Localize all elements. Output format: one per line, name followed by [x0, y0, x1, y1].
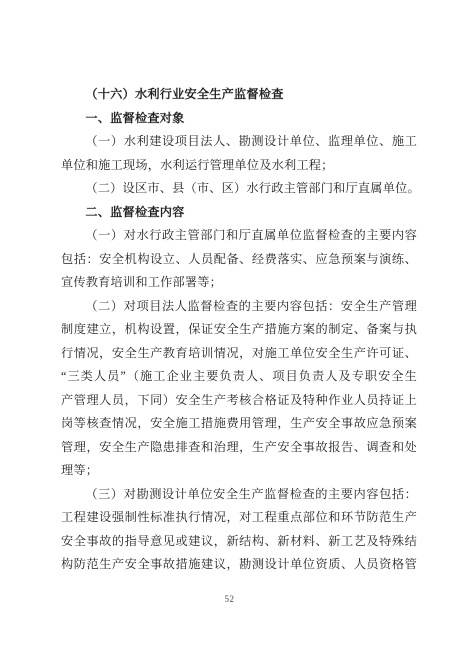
paragraph-line: 构防范生产安全事故措施建议，勘测设计单位资质、人员资格管 — [61, 553, 417, 577]
paragraph-line: 包括：安全机构设立、人员配备、经费落实、应急预案与演练、 — [61, 248, 417, 272]
paragraph-line: 安全事故的指导意见或建议，新结构、新材料、新工艺及特殊结 — [61, 530, 417, 554]
paragraph-line: 单位和施工现场，水利运行管理单位及水利工程； — [61, 154, 417, 178]
paragraph-line: 制度建立，机构设置，保证安全生产措施方案的制定、备案与执 — [61, 318, 417, 342]
page-footer: 52 — [0, 589, 459, 607]
paragraph-line: 宣传教育培训和工作部署等； — [61, 271, 417, 295]
document-body: （十六）水利行业安全生产监督检查 一、监督检查对象 （一）水利建设项目法人、勘测… — [61, 83, 417, 577]
paragraph-line: 产管理人员，下同）安全生产考核合格证及特种作业人员持证上 — [61, 389, 417, 413]
chapter-heading: （十六）水利行业安全生产监督检查 — [61, 83, 417, 107]
section-1-heading: 一、监督检查对象 — [61, 107, 417, 131]
paragraph-line: （二）设区市、县（市、区）水行政主管部门和厅直属单位。 — [61, 177, 417, 201]
section-2-heading: 二、监督检查内容 — [61, 201, 417, 225]
paragraph-line: （一）对水行政主管部门和厅直属单位监督检查的主要内容 — [61, 224, 417, 248]
paragraph-line: （二）对项目法人监督检查的主要内容包括：安全生产管理 — [61, 295, 417, 319]
page-number: 52 — [225, 594, 235, 604]
paragraph-line: 行情况，安全生产教育培训情况，对施工单位安全生产许可证、 — [61, 342, 417, 366]
paragraph-line: 理等； — [61, 459, 417, 483]
paragraph-line: “三类人员”（施工企业主要负责人、项目负责人及专职安全生 — [61, 365, 417, 389]
document-page: （十六）水利行业安全生产监督检查 一、监督检查对象 （一）水利建设项目法人、勘测… — [0, 0, 459, 650]
paragraph-line: （一）水利建设项目法人、勘测设计单位、监理单位、施工 — [61, 130, 417, 154]
paragraph-line: 工程建设强制性标准执行情况，对工程重点部位和环节防范生产 — [61, 506, 417, 530]
paragraph-line: （三）对勘测设计单位安全生产监督检查的主要内容包括： — [61, 483, 417, 507]
paragraph-line: 岗等核查情况，安全施工措施费用管理，生产安全事故应急预案 — [61, 412, 417, 436]
paragraph-line: 管理，安全生产隐患排查和治理，生产安全事故报告、调查和处 — [61, 436, 417, 460]
